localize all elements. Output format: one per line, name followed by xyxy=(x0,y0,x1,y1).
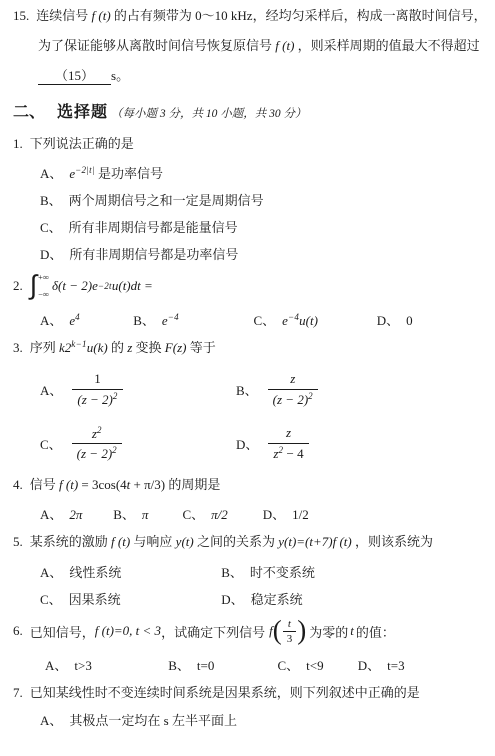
section-heading: 二、选择题（每小题 3 分，共 10 小题，共 30 分） xyxy=(13,99,485,122)
option-text: 0 xyxy=(406,313,413,328)
fraction: z (z − 2)2 xyxy=(268,370,318,409)
option-value: π/2 xyxy=(211,507,228,522)
stem-text: ，则采样周期的值最大不得超过 xyxy=(298,38,480,53)
stem-text: 连续信号 xyxy=(36,8,88,23)
q3-option-d: D、 z z2 − 4 xyxy=(236,422,432,466)
q5-option-c: C、因果系统 xyxy=(40,589,218,608)
stem-text: 的占有频带为 0～10 kHz，经均匀采样后，构成一离散时间信号， xyxy=(114,8,487,23)
option-text: 所有非周期信号都是功率信号 xyxy=(69,247,238,262)
stem-text: 的值： xyxy=(356,622,395,641)
q6-options: A、t>3 B、t=0 C、t<9 D、t=3 xyxy=(13,655,485,674)
q6-option-b: B、t=0 xyxy=(168,655,274,674)
unit-text: s。 xyxy=(111,68,129,83)
question-15: 15.连续信号 f (t) 的占有频带为 0～10 kHz，经均匀采样后，构成一… xyxy=(13,6,485,86)
math-num: 1 xyxy=(94,371,101,386)
section-label: 二、 xyxy=(13,104,45,121)
q4-option-a: A、2π xyxy=(40,504,110,523)
section-title: 选择题 xyxy=(57,104,108,121)
option-label: A、 xyxy=(45,658,67,673)
stem-text: 的周期是 xyxy=(168,477,220,492)
q3-option-a: A、 1 (z − 2)2 xyxy=(40,368,236,412)
option-label: C、 xyxy=(254,313,276,328)
math-exponent: k−1 xyxy=(71,339,86,349)
fraction-numerator: z2 xyxy=(72,424,122,444)
q3-options: A、 1 (z − 2)2 B、 z (z − 2)2 C、 xyxy=(13,368,485,466)
math-integrand: u(t)dt = xyxy=(112,278,153,294)
fraction-denominator: (z − 2)2 xyxy=(268,390,318,409)
option-value: t=0 xyxy=(197,658,214,673)
section-note: （每小题 3 分，共 10 小题，共 30 分） xyxy=(111,108,307,120)
fraction-denominator: z2 − 4 xyxy=(268,444,308,463)
question-5: 5.某系统的激励 f (t) 与响应 y(t) 之间的关系为 y(t)=(t+7… xyxy=(13,532,485,608)
math-exponent: 4 xyxy=(75,312,80,322)
math-num: t xyxy=(288,618,291,630)
question-number: 1. xyxy=(13,134,23,154)
stem-text: 为了保证能够从离散时间信号恢复原信号 xyxy=(38,38,272,53)
math-den-rest: − 4 xyxy=(283,446,303,461)
option-label: A、 xyxy=(40,507,62,522)
fraction-numerator: 1 xyxy=(72,370,122,389)
option-label: D、 xyxy=(236,434,258,453)
option-label: A、 xyxy=(40,380,62,399)
math-exponent: 2 xyxy=(308,391,313,401)
fraction-numerator: t xyxy=(283,617,297,632)
option-label: B、 xyxy=(221,565,243,580)
stem-text: 变换 xyxy=(136,340,162,355)
q1-option-c: C、所有非周期信号都是能量信号 xyxy=(13,217,485,236)
exam-page: 15.连续信号 f (t) 的占有频带为 0～10 kHz，经均匀采样后，构成一… xyxy=(0,0,495,729)
question-3-stem: 3.序列 k2k−1u(k) 的 z 变换 F(z) 等于 xyxy=(13,338,485,358)
math-integrand: δ(t − 2)e xyxy=(52,278,98,294)
math-ft: f (t) xyxy=(275,38,294,53)
math-den: (z − 2) xyxy=(77,446,113,461)
math-ft: f (t) xyxy=(92,8,111,23)
question-number: 3. xyxy=(13,338,23,358)
q3-options-row-1: A、 1 (z − 2)2 B、 z (z − 2)2 xyxy=(40,368,485,412)
stem-text: ，则该系统为 xyxy=(355,534,433,549)
math-eq: = 3cos(4 xyxy=(78,477,127,492)
question-4: 4.信号 f (t) = 3cos(4t + π/3) 的周期是 A、2π B、… xyxy=(13,475,485,524)
stem-text: 已知信号， xyxy=(30,622,95,641)
option-label: A、 xyxy=(40,166,62,181)
math-z: z xyxy=(127,340,132,355)
option-label: C、 xyxy=(278,658,300,673)
math-exponent: 2 xyxy=(113,391,118,401)
q1-option-b: B、两个周期信号之和一定是周期信号 xyxy=(13,190,485,209)
q2-option-a: A、e4 xyxy=(40,310,130,329)
option-label: D、 xyxy=(263,507,285,522)
option-value: t<9 xyxy=(306,658,323,673)
option-text: 是功率信号 xyxy=(98,166,163,181)
option-label: A、 xyxy=(40,565,62,580)
stem-text: 信号 xyxy=(30,477,56,492)
question-15-line-2: 为了保证能够从离散时间信号恢复原信号 f (t) ，则采样周期的值最大不得超过 xyxy=(13,36,485,56)
q2-options: A、e4 B、e−4 C、e−4u(t) D、0 xyxy=(13,310,485,329)
option-text: 稳定系统 xyxy=(251,592,303,607)
option-label: A、 xyxy=(40,713,62,728)
math-uk: u(k) xyxy=(87,340,108,355)
option-label: D、 xyxy=(40,247,62,262)
q6-option-d: D、t=3 xyxy=(358,655,405,674)
option-label: B、 xyxy=(236,380,258,399)
math-exponent: −4 xyxy=(288,312,299,322)
lower-limit: −∞ xyxy=(38,290,49,299)
upper-limit: +∞ xyxy=(38,273,49,282)
option-label: C、 xyxy=(183,507,205,522)
option-value: t=3 xyxy=(387,658,404,673)
q5-option-d: D、稳定系统 xyxy=(221,589,302,608)
q3-option-b: B、 z (z − 2)2 xyxy=(236,368,432,412)
q3-options-row-2: C、 z2 (z − 2)2 D、 z z2 − 4 xyxy=(40,422,485,466)
option-text: 所有非周期信号都是能量信号 xyxy=(69,220,238,235)
option-text: 两个周期信号之和一定是周期信号 xyxy=(69,193,264,208)
option-value: 1/2 xyxy=(292,507,309,522)
option-label: C、 xyxy=(40,592,62,607)
option-label: D、 xyxy=(377,313,399,328)
math-t: t xyxy=(350,623,354,639)
option-value: π xyxy=(142,507,149,522)
q5-options-row-1: A、线性系统 B、时不变系统 xyxy=(13,562,485,581)
q4-option-c: C、π/2 xyxy=(183,504,260,523)
integral-glyph: ∫ xyxy=(30,272,37,299)
math-ft: f (t) xyxy=(59,477,78,492)
q2-option-b: B、e−4 xyxy=(133,310,250,329)
math-Fz: F(z) xyxy=(165,340,187,355)
question-15-line-3: （15）s。 xyxy=(13,66,485,86)
math-rest: + π/3) xyxy=(130,477,165,492)
option-label: B、 xyxy=(168,658,190,673)
math-exponent: −2|t| xyxy=(75,165,95,175)
stem-text: 序列 xyxy=(30,340,56,355)
option-value: t>3 xyxy=(74,658,91,673)
option-value: 2π xyxy=(69,507,82,522)
q4-option-b: B、π xyxy=(113,504,179,523)
question-number: 15. xyxy=(13,6,29,26)
q6-option-c: C、t<9 xyxy=(278,655,355,674)
stem-text: 已知某线性时不变连续时间系统是因果系统，则下列叙述中正确的是 xyxy=(30,685,420,700)
question-number: 4. xyxy=(13,475,23,495)
math-num: z xyxy=(286,425,291,440)
fraction: t 3 xyxy=(283,617,297,647)
q5-option-a: A、线性系统 xyxy=(40,562,218,581)
math-den: (z − 2) xyxy=(77,392,113,407)
q7-option-a: A、其极点一定均在 s 左半平面上 xyxy=(13,710,485,729)
math-ut: u(t) xyxy=(299,313,318,328)
option-label: D、 xyxy=(358,658,380,673)
question-6: 6. 已知信号， f (t)=0, t < 3 ，试确定下列信号 f ( t 3… xyxy=(13,617,485,675)
question-number: 2. xyxy=(13,278,23,294)
stem-text: ，试确定下列信号 xyxy=(161,622,265,641)
q1-option-d: D、所有非周期信号都是功率信号 xyxy=(13,244,485,263)
q2-option-d: D、0 xyxy=(377,310,413,329)
question-4-stem: 4.信号 f (t) = 3cos(4t + π/3) 的周期是 xyxy=(13,475,485,495)
q6-option-a: A、t>3 xyxy=(45,655,165,674)
question-2-stem: 2. ∫ +∞ −∞ δ(t − 2)e−2tu(t)dt = xyxy=(13,272,485,299)
question-1-stem: 1.下列说法正确的是 xyxy=(13,134,485,154)
stem-text: 的 xyxy=(111,340,124,355)
q1-option-a: A、e−2|t| 是功率信号 xyxy=(13,163,485,182)
question-7: 7.已知某线性时不变连续时间系统是因果系统，则下列叙述中正确的是 A、其极点一定… xyxy=(13,683,485,729)
option-label: B、 xyxy=(133,313,155,328)
fraction-denominator: (z − 2)2 xyxy=(72,444,122,463)
question-6-stem: 6. 已知信号， f (t)=0, t < 3 ，试确定下列信号 f ( t 3… xyxy=(13,617,485,647)
math-exponent: 2 xyxy=(112,445,117,455)
fraction: z z2 − 4 xyxy=(268,424,308,463)
q4-option-d: D、1/2 xyxy=(263,504,309,523)
math-exponent: 2 xyxy=(97,425,102,435)
math-yt: y(t) xyxy=(176,534,194,549)
stem-text: 等于 xyxy=(190,340,216,355)
q4-options: A、2π B、π C、π/2 D、1/2 xyxy=(13,504,485,523)
math-ft: f (t) xyxy=(111,534,130,549)
question-number: 5. xyxy=(13,532,23,552)
math-condition: f (t)=0, t < 3 xyxy=(95,623,161,639)
q3-option-c: C、 z2 (z − 2)2 xyxy=(40,422,236,466)
option-label: D、 xyxy=(221,592,243,607)
question-1: 1.下列说法正确的是 A、e−2|t| 是功率信号 B、两个周期信号之和一定是周… xyxy=(13,134,485,264)
fraction-denominator: 3 xyxy=(283,632,297,646)
option-text: 时不变系统 xyxy=(250,565,315,580)
option-text: 因果系统 xyxy=(69,592,121,607)
question-3: 3.序列 k2k−1u(k) 的 z 变换 F(z) 等于 A、 1 (z − … xyxy=(13,338,485,466)
math-sequence: k2 xyxy=(59,340,71,355)
fraction: z2 (z − 2)2 xyxy=(72,424,122,464)
math-den: 3 xyxy=(287,633,293,645)
question-number: 6. xyxy=(13,623,23,639)
integral-sign: ∫ +∞ −∞ xyxy=(30,272,49,299)
math-den: (z − 2) xyxy=(273,392,309,407)
math-exponent: −4 xyxy=(168,312,179,322)
answer-blank: （15） xyxy=(38,68,111,85)
fraction-denominator: (z − 2)2 xyxy=(72,390,122,409)
q2-option-c: C、e−4u(t) xyxy=(254,310,374,329)
option-text: 其极点一定均在 s 左半平面上 xyxy=(69,713,237,728)
q5-options-row-2: C、因果系统 D、稳定系统 xyxy=(13,589,485,608)
stem-text: 下列说法正确的是 xyxy=(30,136,134,151)
option-text: 线性系统 xyxy=(69,565,121,580)
stem-text: 与响应 xyxy=(133,534,172,549)
fraction-numerator: z xyxy=(268,370,318,389)
option-label: B、 xyxy=(40,193,62,208)
math-num: z xyxy=(290,371,295,386)
option-label: B、 xyxy=(113,507,135,522)
question-5-stem: 5.某系统的激励 f (t) 与响应 y(t) 之间的关系为 y(t)=(t+7… xyxy=(13,532,485,552)
fraction-numerator: z xyxy=(268,424,308,443)
option-label: A、 xyxy=(40,313,62,328)
stem-text: 某系统的激励 xyxy=(30,534,108,549)
math-ft: f (t) xyxy=(333,534,352,549)
q5-option-b: B、时不变系统 xyxy=(221,562,315,581)
option-label: C、 xyxy=(40,220,62,235)
question-15-line-1: 15.连续信号 f (t) 的占有频带为 0～10 kHz，经均匀采样后，构成一… xyxy=(13,6,485,26)
fraction: 1 (z − 2)2 xyxy=(72,370,122,409)
option-label: C、 xyxy=(40,434,62,453)
integral-limits: +∞ −∞ xyxy=(38,273,49,299)
question-7-stem: 7.已知某线性时不变连续时间系统是因果系统，则下列叙述中正确的是 xyxy=(13,683,485,703)
math-exponent: −2t xyxy=(98,281,112,291)
question-number: 7. xyxy=(13,683,23,703)
stem-text: 为零的 xyxy=(309,622,348,641)
question-2: 2. ∫ +∞ −∞ δ(t − 2)e−2tu(t)dt = A、e4 B、e… xyxy=(13,272,485,329)
stem-text: 之间的关系为 xyxy=(197,534,275,549)
math-relation: y(t)=(t+7) xyxy=(278,534,332,549)
